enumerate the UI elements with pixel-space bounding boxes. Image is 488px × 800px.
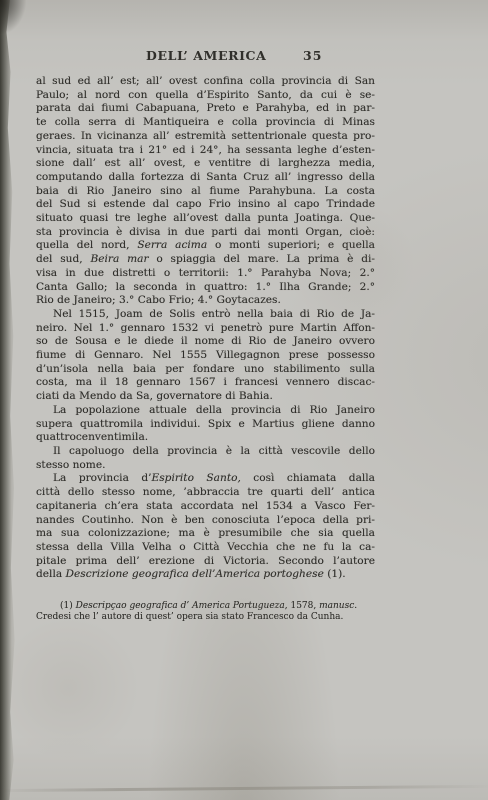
page-number: 35: [303, 48, 322, 63]
text-line: so de Sousa e le diede il nome di Rio de…: [36, 335, 375, 349]
text-line: del Sud si estende dal capo Frio insino …: [36, 198, 375, 212]
text-segment: fiume di Gennaro. Nel 1555 Villegagnon p…: [36, 349, 375, 361]
text-line: geraes. In vicinanza all’ estremità sett…: [36, 130, 375, 144]
book-gutter-shadow: [0, 0, 17, 800]
text-segment: ma sua colonizzazione; ma è presumibile …: [36, 527, 375, 539]
text-segment: Paulo; al nord con quella d’Espirito San…: [36, 89, 375, 101]
text-line: fiume di Gennaro. Nel 1555 Villegagnon p…: [36, 349, 375, 363]
text-line: della Descrizione geografica dell’Americ…: [36, 568, 375, 582]
paragraph: La provincia d’Espirito Santo, così chia…: [36, 472, 375, 582]
text-line: parata dai fiumi Cabapuana, Preto e Para…: [36, 102, 375, 116]
text-line: d’un’isola nella baia per fondare uno st…: [36, 363, 375, 377]
italic-segment: manusc.: [319, 601, 357, 611]
italic-segment: Descrizione geografica dell’America port…: [66, 568, 324, 580]
text-segment: al sud ed all’ est; all’ ovest confina c…: [36, 75, 375, 87]
text-line: nandes Coutinho. Non è ben conosciuta l’…: [36, 514, 375, 528]
italic-segment: Espirito Santo,: [152, 472, 241, 484]
text-segment: , 1578,: [285, 601, 319, 611]
text-line: pitale prima dell’ erezione di Victoria.…: [36, 555, 375, 569]
text-segment: (1).: [324, 568, 346, 580]
text-segment: o monti superiori; e quella: [207, 239, 375, 251]
paragraph: La popolazione attuale della provincia d…: [36, 404, 375, 445]
text-line: supera quattromila individui. Spix e Mar…: [36, 418, 375, 432]
italic-segment: Beira mar: [90, 253, 148, 265]
text-segment: stessa della Villa Velha o Città Vecchia…: [36, 541, 375, 553]
text-segment: città dello stesso nome, ’abbraccia tre …: [36, 486, 375, 498]
text-segment: so de Sousa e le diede il nome di Rio de…: [36, 335, 375, 347]
paragraph: Il capoluogo della provincia è la città …: [36, 445, 375, 472]
text-line: ma sua colonizzazione; ma è presumibile …: [36, 527, 375, 541]
text-segment: quella del nord,: [36, 239, 137, 251]
corner-shadow: [0, 0, 26, 34]
text-line: situato quasi tre leghe all’ovest dalla …: [36, 212, 375, 226]
text-line: Canta Gallo; la seconda in quattro: 1.° …: [36, 281, 375, 295]
text-segment: ciati da Mendo da Sa, governatore di Bah…: [36, 390, 273, 402]
text-line: Il capoluogo della provincia è la città …: [36, 445, 375, 459]
text-segment: baia di Rio Janeiro sino al fiume Parahy…: [36, 185, 375, 197]
text-segment: o spiaggia del mare. La prima è di-: [149, 253, 375, 265]
text-line: ciati da Mendo da Sa, governatore di Bah…: [36, 390, 375, 404]
italic-segment: Descripçao geografica d’ America Portugu…: [76, 601, 285, 611]
text-segment: costa, ma il 18 gennaro 1567 i francesi …: [36, 376, 375, 388]
text-line: te colla serra di Mantiqueira e colla pr…: [36, 116, 375, 130]
text-line: La provincia d’Espirito Santo, così chia…: [36, 472, 375, 486]
text-line: stesso nome.: [36, 459, 375, 473]
text-segment: La popolazione attuale della provincia d…: [53, 404, 375, 416]
text-segment: capitaneria ch’era stata accordata nel 1…: [36, 500, 375, 512]
text-line: visa in due distretti o territorii: 1.° …: [36, 267, 375, 281]
text-line: al sud ed all’ est; all’ ovest confina c…: [36, 75, 375, 89]
text-segment: nandes Coutinho. Non è ben conosciuta l’…: [36, 514, 375, 526]
text-line: quella del nord, Serra acima o monti sup…: [36, 239, 375, 253]
paper-crease: [0, 785, 488, 792]
text-segment: visa in due distretti o territorii: 1.° …: [36, 267, 375, 279]
text-segment: della: [36, 568, 66, 580]
text-line: neiro. Nel 1.° gennaro 1532 vi penetrò p…: [36, 322, 375, 336]
text-segment: Nel 1515, Joam de Solis entrò nella baia…: [53, 308, 375, 320]
text-segment: neiro. Nel 1.° gennaro 1532 vi penetrò p…: [36, 322, 375, 334]
italic-segment: Serra acima: [137, 239, 207, 251]
text-line: stessa della Villa Velha o Città Vecchia…: [36, 541, 375, 555]
text-line: quattrocenventimila.: [36, 431, 375, 445]
text-line: Nel 1515, Joam de Solis entrò nella baia…: [36, 308, 375, 322]
text-line: sta provincia è divisa in due parti dai …: [36, 226, 375, 240]
text-line: costa, ma il 18 gennaro 1567 i francesi …: [36, 376, 375, 390]
text-line: baia di Rio Janeiro sino al fiume Parahy…: [36, 185, 375, 199]
text-line: Rio de Janeiro; 3.° Cabo Frio; 4.° Goyta…: [36, 294, 375, 308]
text-segment: d’un’isola nella baia per fondare uno st…: [36, 363, 375, 375]
text-segment: vincia, situata tra i 21° ed i 24°, ha s…: [36, 144, 375, 156]
text-segment: te colla serra di Mantiqueira e colla pr…: [36, 116, 375, 128]
footnote: (1) Descripçao geografica d’ America Por…: [36, 601, 375, 623]
text-segment: sta provincia è divisa in due parti dai …: [36, 226, 375, 238]
text-segment: parata dai fiumi Cabapuana, Preto e Para…: [36, 102, 375, 114]
text-segment: Credesi che l’ autore di quest’ opera si…: [36, 612, 343, 622]
running-header-title: DELL’ AMERICA: [146, 48, 266, 63]
text-segment: La provincia d’: [53, 472, 152, 484]
text-segment: del Sud si estende dal capo Frio insino …: [36, 198, 375, 210]
text-line: vincia, situata tra i 21° ed i 24°, ha s…: [36, 144, 375, 158]
text-line: capitaneria ch’era stata accordata nel 1…: [36, 500, 375, 514]
text-segment: computando dalla fortezza di Santa Cruz …: [36, 171, 375, 183]
text-segment: Rio de Janeiro; 3.° Cabo Frio; 4.° Goyta…: [36, 294, 281, 306]
text-segment: quattrocenventimila.: [36, 431, 148, 443]
text-line: sione dall’ est all’ ovest, e ventitre d…: [36, 157, 375, 171]
text-segment: sione dall’ est all’ ovest, e ventitre d…: [36, 157, 375, 169]
text-segment: (1): [60, 601, 76, 611]
text-line: (1) Descripçao geografica d’ America Por…: [36, 601, 375, 612]
paragraph: al sud ed all’ est; all’ ovest confina c…: [36, 75, 375, 308]
text-segment: stesso nome.: [36, 459, 105, 471]
text-segment: Canta Gallo; la seconda in quattro: 1.° …: [36, 281, 375, 293]
paragraph: Nel 1515, Joam de Solis entrò nella baia…: [36, 308, 375, 404]
text-line: città dello stesso nome, ’abbraccia tre …: [36, 486, 375, 500]
text-line: Credesi che l’ autore di quest’ opera si…: [36, 612, 375, 623]
text-segment: geraes. In vicinanza all’ estremità sett…: [36, 130, 375, 142]
body-text: al sud ed all’ est; all’ ovest confina c…: [36, 75, 375, 582]
text-line: La popolazione attuale della provincia d…: [36, 404, 375, 418]
text-segment: supera quattromila individui. Spix e Mar…: [36, 418, 375, 430]
scanned-book-page: DELL’ AMERICA 35 al sud ed all’ est; all…: [0, 0, 488, 800]
text-segment: così chiamata dalla: [241, 472, 375, 484]
text-segment: Il capoluogo della provincia è la città …: [53, 445, 375, 457]
text-segment: situato quasi tre leghe all’ovest dalla …: [36, 212, 375, 224]
text-segment: pitale prima dell’ erezione di Victoria.…: [36, 555, 375, 567]
text-segment: del sud,: [36, 253, 90, 265]
text-line: Paulo; al nord con quella d’Espirito San…: [36, 89, 375, 103]
text-line: del sud, Beira mar o spiaggia del mare. …: [36, 253, 375, 267]
text-line: computando dalla fortezza di Santa Cruz …: [36, 171, 375, 185]
